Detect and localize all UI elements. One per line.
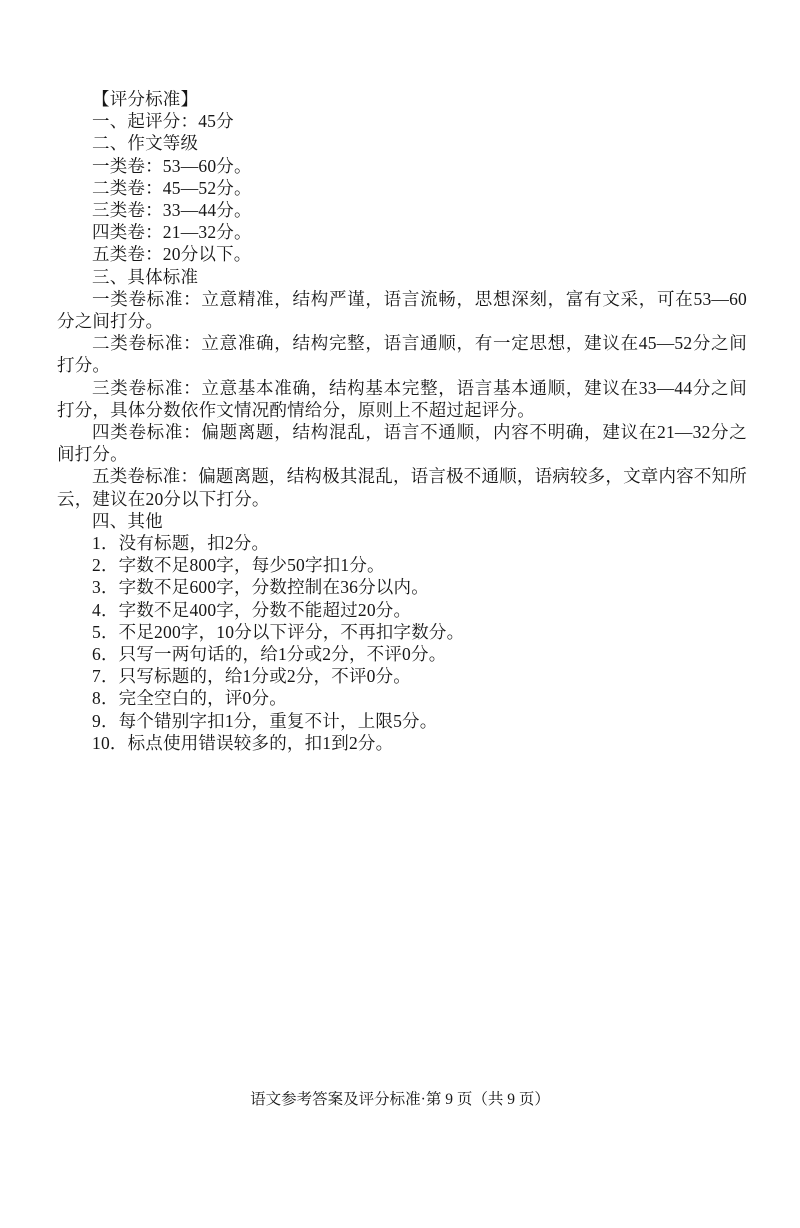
- section-heading-1: 一、起评分：45分: [57, 110, 747, 132]
- section-4-item-2: 2．字数不足800字，每少50字扣1分。: [57, 554, 747, 576]
- section-2-item-4: 四类卷：21—32分。: [57, 221, 747, 243]
- section-4-item-9: 9．每个错别字扣1分，重复不计，上限5分。: [57, 710, 747, 732]
- section-3-item-4: 四类卷标准：偏题离题，结构混乱，语言不通顺，内容不明确，建议在21—32分之间打…: [57, 421, 747, 465]
- scoring-standards-content: 【评分标准】 一、起评分：45分二、作文等级一类卷：53—60分。二类卷：45—…: [57, 88, 747, 754]
- section-3-item-3: 三类卷标准：立意基本准确，结构基本完整，语言基本通顺，建议在33—44分之间打分…: [57, 377, 747, 421]
- page-title: 【评分标准】: [57, 88, 747, 110]
- section-4-item-7: 7．只写标题的，给1分或2分，不评0分。: [57, 665, 747, 687]
- section-4-item-8: 8．完全空白的，评0分。: [57, 687, 747, 709]
- section-4-item-1: 1．没有标题，扣2分。: [57, 532, 747, 554]
- section-4-item-10: 10．标点使用错误较多的，扣1到2分。: [57, 732, 747, 754]
- page-footer: 语文参考答案及评分标准·第 9 页（共 9 页）: [0, 1090, 800, 1110]
- section-3-item-2: 二类卷标准：立意准确，结构完整，语言通顺，有一定思想，建议在45—52分之间打分…: [57, 332, 747, 376]
- footer-text: 语文参考答案及评分标准·第 9 页（共 9 页）: [250, 1091, 550, 1108]
- section-4-item-4: 4．字数不足400字，分数不能超过20分。: [57, 599, 747, 621]
- section-2-item-3: 三类卷：33—44分。: [57, 199, 747, 221]
- section-2-item-2: 二类卷：45—52分。: [57, 177, 747, 199]
- section-4-item-3: 3．字数不足600字，分数控制在36分以内。: [57, 576, 747, 598]
- section-heading-2: 二、作文等级: [57, 132, 747, 154]
- section-4-item-5: 5．不足200字，10分以下评分，不再扣字数分。: [57, 621, 747, 643]
- section-4-item-6: 6．只写一两句话的，给1分或2分，不评0分。: [57, 643, 747, 665]
- section-2-item-5: 五类卷：20分以下。: [57, 243, 747, 265]
- section-heading-3: 三、具体标准: [57, 266, 747, 288]
- section-3-item-1: 一类卷标准：立意精准，结构严谨，语言流畅，思想深刻，富有文采，可在53—60分之…: [57, 288, 747, 332]
- document-page: 【评分标准】 一、起评分：45分二、作文等级一类卷：53—60分。二类卷：45—…: [0, 0, 800, 1228]
- section-heading-4: 四、其他: [57, 510, 747, 532]
- section-3-item-5: 五类卷标准：偏题离题，结构极其混乱，语言极不通顺，语病较多，文章内容不知所云，建…: [57, 465, 747, 509]
- section-2-item-1: 一类卷：53—60分。: [57, 155, 747, 177]
